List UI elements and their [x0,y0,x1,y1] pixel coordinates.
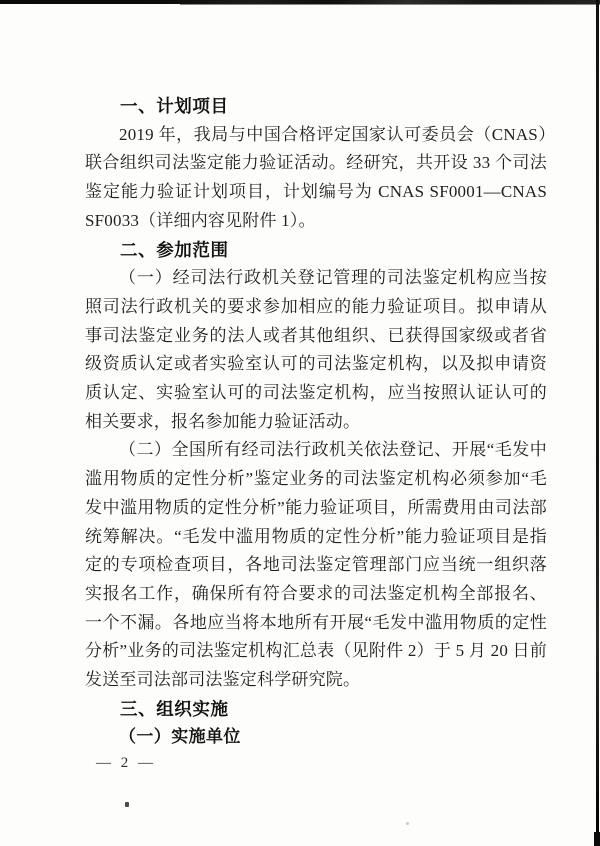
subsection-heading-implementing-unit: （一）实施单位 [85,723,547,752]
section-heading-plan-projects: 一、计划项目 [85,92,547,121]
scan-artifact-speck [125,802,129,807]
document-body: 一、计划项目 2019 年，我局与中国合格评定国家认可委员会（CNAS）联合组织… [85,92,547,752]
scan-artifact-top-edge-tail [180,4,600,5]
page-number: — 2 — [96,755,156,772]
scan-artifact-right-edge [596,0,599,846]
scan-artifact-speck-faint [406,822,409,825]
section-heading-participation-scope: 二、参加范围 [85,236,547,265]
paragraph-participation-1: （一）经司法行政机关登记管理的司法鉴定机构应当按照司法行政机关的要求参加相应的能… [85,264,547,436]
scan-artifact-corner-blob [594,832,600,846]
paragraph-plan-projects: 2019 年，我局与中国合格评定国家认可委员会（CNAS）联合组织司法鉴定能力验… [85,121,547,236]
section-heading-implementation: 三、组织实施 [85,695,547,724]
paragraph-participation-2: （二）全国所有经司法行政机关依法登记、开展“毛发中滥用物质的定性分析”鉴定业务的… [85,436,547,694]
scanned-document-page: 一、计划项目 2019 年，我局与中国合格评定国家认可委员会（CNAS）联合组织… [0,0,600,846]
